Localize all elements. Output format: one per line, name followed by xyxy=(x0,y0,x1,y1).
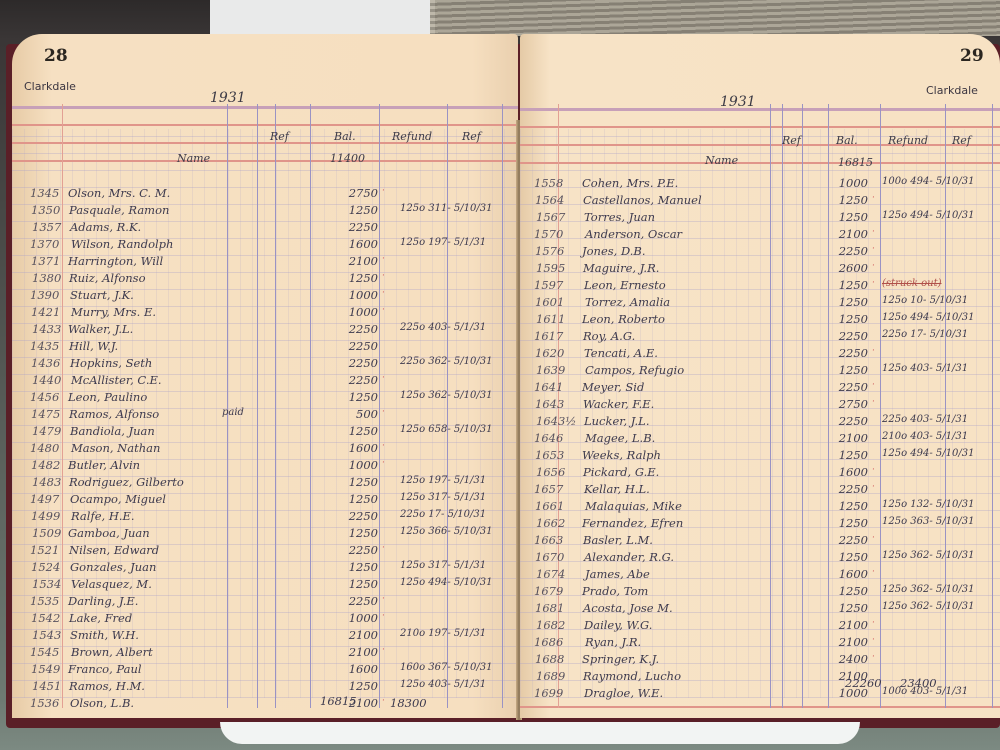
account-number: 1620 xyxy=(535,346,564,360)
check-mark: · xyxy=(872,397,875,407)
account-number: 1499 xyxy=(31,509,60,523)
customer-name: Fernandez, Efren xyxy=(582,516,683,530)
refund-entry: 125o 362- 5/10/31 xyxy=(400,390,492,401)
refund-entry: 100o 494- 5/10/31 xyxy=(882,176,974,187)
ledger-row: 1371Harrington, Will2100· xyxy=(12,254,518,271)
balance-amount: 2100 xyxy=(820,618,868,632)
ledger-row: 1597Leon, Ernesto1250·(struck out) xyxy=(520,278,1000,295)
balance-amount: 2750 xyxy=(820,397,868,411)
account-number: 1536 xyxy=(30,696,59,710)
account-number: 1436 xyxy=(31,356,60,370)
ledger-row: 1674James, Abe1600· xyxy=(520,567,1000,584)
check-mark: · xyxy=(872,278,875,288)
column-header-ref: Ref xyxy=(270,130,289,143)
check-mark: · xyxy=(872,261,875,271)
account-number: 1524 xyxy=(31,560,60,574)
account-number: 1656 xyxy=(536,465,565,479)
customer-name: Castellanos, Manuel xyxy=(583,193,702,207)
ledger-page-left: 28 Clarkdale 1931 Ref Bal. Refund Ref Na… xyxy=(12,34,518,718)
account-number: 1480 xyxy=(30,441,59,455)
column-header-refund: Refund xyxy=(888,134,928,147)
account-number: 1545 xyxy=(30,645,59,659)
page-number: 29 xyxy=(960,46,984,66)
refund-entry: 125o 197- 5/1/31 xyxy=(400,475,486,486)
account-number: 1679 xyxy=(534,584,563,598)
refund-entry: 225o 17- 5/10/31 xyxy=(400,509,486,520)
balance-amount: 1250 xyxy=(330,492,378,506)
ledger-row: 1370Wilson, Randolph1600125o 197- 5/1/31 xyxy=(12,237,518,254)
check-mark: · xyxy=(872,635,875,645)
account-number: 1611 xyxy=(536,312,565,326)
customer-name: Anderson, Oscar xyxy=(585,227,682,241)
account-number: 1456 xyxy=(30,390,59,404)
account-number: 1451 xyxy=(32,679,61,693)
balance-amount: 1250 xyxy=(820,550,868,564)
refund-entry: 125o 494- 5/10/31 xyxy=(882,312,974,323)
balance-amount: 2250 xyxy=(820,346,868,360)
balance-amount: 1600 xyxy=(330,237,378,251)
balance-amount: 1250 xyxy=(820,312,868,326)
balance-amount: 1250 xyxy=(820,499,868,513)
account-number: 1681 xyxy=(535,601,564,615)
ledger-row: 1345Olson, Mrs. C. M.2750· xyxy=(12,186,518,203)
account-number: 1662 xyxy=(536,516,565,530)
customer-name: Ruiz, Alfonso xyxy=(69,271,146,285)
ledger-row: 1536Olson, L.B.2100· xyxy=(12,696,518,713)
customer-name: Lucker, J.L. xyxy=(584,414,649,428)
entry-note: paid xyxy=(222,407,244,418)
account-number: 1483 xyxy=(32,475,61,489)
ledger-row: 1357Adams, R.K.2250 xyxy=(12,220,518,237)
ledger-row: 1662Fernandez, Efren1250125o 363- 5/10/3… xyxy=(520,516,1000,533)
balance-amount: 1250 xyxy=(820,584,868,598)
account-number: 1433 xyxy=(32,322,61,336)
customer-name: Franco, Paul xyxy=(68,662,142,676)
page-number: 28 xyxy=(44,46,68,66)
balance-amount: 2250 xyxy=(330,322,378,336)
year-label: 1931 xyxy=(210,90,246,106)
balance-amount: 1250 xyxy=(820,448,868,462)
ledger-row: 1641Meyer, Sid2250· xyxy=(520,380,1000,397)
customer-name: Dragloe, W.E. xyxy=(584,686,663,700)
balance-amount: 2100 xyxy=(330,645,378,659)
refund-entry: 125o 494- 5/10/31 xyxy=(882,448,974,459)
account-number: 1421 xyxy=(31,305,60,319)
customer-name: Ocampo, Miguel xyxy=(70,492,166,506)
refund-entry: 125o 132- 5/10/31 xyxy=(882,499,974,510)
customer-name: Walker, J.L. xyxy=(68,322,133,336)
column-header-ref: Ref xyxy=(952,134,971,147)
customer-name: Ralfe, H.E. xyxy=(71,509,135,523)
balance-amount: 1000 xyxy=(820,176,868,190)
balance-amount: 2250 xyxy=(820,533,868,547)
town-label: Clarkdale xyxy=(24,80,76,93)
balance-amount: 1250 xyxy=(330,475,378,489)
ledger-row: 1549Franco, Paul1600160o 367- 5/10/31 xyxy=(12,662,518,679)
ledger-row: 1567Torres, Juan1250125o 494- 5/10/31 xyxy=(520,210,1000,227)
ledger-row: 1639Campos, Refugio1250125o 403- 5/1/31 xyxy=(520,363,1000,380)
account-number: 1595 xyxy=(536,261,565,275)
balance-amount: 1250 xyxy=(330,526,378,540)
balance-amount: 500 xyxy=(330,407,378,421)
header-rule xyxy=(12,106,518,109)
header-rule xyxy=(520,108,1000,111)
customer-name: Prado, Tom xyxy=(582,584,648,598)
refund-entry: 125o 403- 5/1/31 xyxy=(882,363,968,374)
balance-amount: 1000 xyxy=(330,305,378,319)
balance-amount: 1250 xyxy=(820,516,868,530)
ledger-row: 1643Wacker, F.E.2750· xyxy=(520,397,1000,414)
customer-name: Mason, Nathan xyxy=(71,441,160,455)
ledger-row: 1595Maguire, J.R.2600· xyxy=(520,261,1000,278)
check-mark: · xyxy=(382,696,385,706)
customer-name: Gamboa, Juan xyxy=(68,526,150,540)
customer-name: Malaquias, Mike xyxy=(585,499,682,513)
account-number: 1390 xyxy=(30,288,59,302)
refund-entry: 125o 658- 5/10/31 xyxy=(400,424,492,435)
customer-name: Stuart, J.K. xyxy=(70,288,134,302)
balance-amount: 2750 xyxy=(330,186,378,200)
balance-amount: 1250 xyxy=(330,390,378,404)
ledger-row: 1542Lake, Fred1000· xyxy=(12,611,518,628)
customer-name: Basler, L.M. xyxy=(583,533,653,547)
check-mark: · xyxy=(872,533,875,543)
balance-amount: 2250 xyxy=(820,414,868,428)
account-number: 1597 xyxy=(534,278,563,292)
ledger-row: 1570Anderson, Oscar2100· xyxy=(520,227,1000,244)
column-header-balance: Bal. xyxy=(334,130,356,143)
refund-entry: 225o 403- 5/1/31 xyxy=(400,322,486,333)
customer-name: Olson, L.B. xyxy=(70,696,134,710)
ledger-row: 1433Walker, J.L.2250225o 403- 5/1/31 xyxy=(12,322,518,339)
check-mark: · xyxy=(382,373,385,383)
refund-entry: 225o 362- 5/10/31 xyxy=(400,356,492,367)
header-rule xyxy=(520,162,1000,164)
check-mark: · xyxy=(382,441,385,451)
check-mark: · xyxy=(382,186,385,196)
account-number: 1699 xyxy=(534,686,563,700)
customer-name: Ramos, Alfonso xyxy=(69,407,159,421)
customer-name: Roy, A.G. xyxy=(583,329,635,343)
check-mark: · xyxy=(382,645,385,655)
year-label: 1931 xyxy=(720,94,756,110)
ledger-row: 1543Smith, W.H.2100210o 197- 5/1/31 xyxy=(12,628,518,645)
account-number: 1542 xyxy=(31,611,60,625)
customer-name: Campos, Refugio xyxy=(585,363,684,377)
account-number: 1509 xyxy=(32,526,61,540)
customer-name: Pasquale, Ramon xyxy=(69,203,169,217)
total-refund: 18300 xyxy=(390,696,427,710)
customer-name: Leon, Paulino xyxy=(68,390,147,404)
ledger-row: 1497Ocampo, Miguel1250125o 317- 5/1/31 xyxy=(12,492,518,509)
ledger-row: 1435Hill, W.J.2250 xyxy=(12,339,518,356)
account-number: 1686 xyxy=(534,635,563,649)
account-number: 1567 xyxy=(536,210,565,224)
check-mark: · xyxy=(382,458,385,468)
customer-name: Torrez, Amalia xyxy=(585,295,670,309)
account-number: 1558 xyxy=(534,176,563,190)
check-mark: · xyxy=(872,380,875,390)
ledger-row: 1499Ralfe, H.E.2250225o 17- 5/10/31 xyxy=(12,509,518,526)
customer-name: Wacker, F.E. xyxy=(583,397,654,411)
balance-amount: 2250 xyxy=(330,543,378,557)
account-number: 1440 xyxy=(32,373,61,387)
customer-name: McAllister, C.E. xyxy=(71,373,162,387)
account-number: 1639 xyxy=(536,363,565,377)
account-number: 1682 xyxy=(536,618,565,632)
ledger-row: 1421Murry, Mrs. E.1000· xyxy=(12,305,518,322)
refund-entry: 210o 197- 5/1/31 xyxy=(400,628,486,639)
customer-name: Ryan, J.R. xyxy=(585,635,641,649)
balance-amount: 1250 xyxy=(820,601,868,615)
balance-amount: 2100 xyxy=(330,628,378,642)
balance-amount: 2100 xyxy=(820,227,868,241)
total-balance: 16815 xyxy=(320,694,357,708)
ledger-row: 1479Bandiola, Juan1250125o 658- 5/10/31 xyxy=(12,424,518,441)
customer-name: Nilsen, Edward xyxy=(69,543,159,557)
ledger-row: 1576Jones, D.B.2250· xyxy=(520,244,1000,261)
check-mark: · xyxy=(872,346,875,356)
ledger-row: 1679Prado, Tom1250125o 362- 5/10/31 xyxy=(520,584,1000,601)
customer-name: Weeks, Ralph xyxy=(582,448,661,462)
customer-name: Tencati, A.E. xyxy=(584,346,658,360)
header-rule xyxy=(520,126,1000,128)
ledger-row: 1670Alexander, R.G.1250125o 362- 5/10/31 xyxy=(520,550,1000,567)
balance-amount: 1250 xyxy=(820,210,868,224)
account-number: 1543 xyxy=(32,628,61,642)
ledger-row: 1475Ramos, Alfonsopaid500· xyxy=(12,407,518,424)
customer-name: Wilson, Randolph xyxy=(71,237,173,251)
account-number: 1521 xyxy=(30,543,59,557)
customer-name: Hill, W.J. xyxy=(69,339,118,353)
ledger-row: 1545Brown, Albert2100· xyxy=(12,645,518,662)
balance-amount: 1250 xyxy=(330,424,378,438)
customer-name: Smith, W.H. xyxy=(70,628,139,642)
refund-entry: 125o 317- 5/1/31 xyxy=(400,560,486,571)
ledger-row: 1681Acosta, Jose M.1250125o 362- 5/10/31 xyxy=(520,601,1000,618)
ledger-row: 1643½Lucker, J.L.2250225o 403- 5/1/31 xyxy=(520,414,1000,431)
ledger-row: 1509Gamboa, Juan1250125o 366- 5/10/31 xyxy=(12,526,518,543)
column-header-name: Name xyxy=(705,154,738,167)
balance-amount: 1250 xyxy=(330,577,378,591)
refund-entry: (struck out) xyxy=(882,278,942,289)
town-label: Clarkdale xyxy=(926,84,978,97)
balance-amount: 2100 xyxy=(330,254,378,268)
balance-amount: 2250 xyxy=(330,373,378,387)
balance-amount: 2250 xyxy=(820,380,868,394)
refund-entry: 225o 17- 5/10/31 xyxy=(882,329,968,340)
balance-amount: 2250 xyxy=(330,220,378,234)
refund-entry: 125o 403- 5/1/31 xyxy=(400,679,486,690)
ledger-row: 1601Torrez, Amalia1250125o 10- 5/10/31 xyxy=(520,295,1000,312)
balance-amount: 1600 xyxy=(820,567,868,581)
account-number: 1549 xyxy=(31,662,60,676)
account-number: 1435 xyxy=(30,339,59,353)
ledger-row: 1483Rodriguez, Gilberto1250125o 197- 5/1… xyxy=(12,475,518,492)
account-number: 1663 xyxy=(534,533,563,547)
balance-amount: 2250 xyxy=(820,244,868,258)
refund-entry: 125o 494- 5/10/31 xyxy=(400,577,492,588)
balance-amount: 2250 xyxy=(330,356,378,370)
customer-name: Kellar, H.L. xyxy=(584,482,650,496)
customer-name: Maguire, J.R. xyxy=(583,261,659,275)
header-rule xyxy=(12,142,518,144)
column-header-balance: Bal. xyxy=(836,134,858,147)
account-number: 1345 xyxy=(30,186,59,200)
check-mark: · xyxy=(872,227,875,237)
balance-amount: 1000 xyxy=(330,458,378,472)
customer-name: Adams, R.K. xyxy=(70,220,141,234)
ledger-row: 1480Mason, Nathan1600· xyxy=(12,441,518,458)
customer-name: Pickard, G.E. xyxy=(583,465,659,479)
check-mark: · xyxy=(382,288,385,298)
account-number: 1688 xyxy=(535,652,564,666)
check-mark: · xyxy=(872,193,875,203)
ledger-row: 1451Ramos, H.M.1250125o 403- 5/1/31 xyxy=(12,679,518,696)
ledger-row: 1436Hopkins, Seth2250225o 362- 5/10/31 xyxy=(12,356,518,373)
ledger-row: 1564Castellanos, Manuel1250· xyxy=(520,193,1000,210)
refund-entry: 125o 10- 5/10/31 xyxy=(882,295,968,306)
account-number: 1370 xyxy=(30,237,59,251)
balance-amount: 1250 xyxy=(330,203,378,217)
ledger-row: 1688Springer, K.J.2400· xyxy=(520,652,1000,669)
check-mark: · xyxy=(382,407,385,417)
account-number: 1371 xyxy=(31,254,60,268)
account-number: 1653 xyxy=(535,448,564,462)
check-mark: · xyxy=(872,482,875,492)
account-number: 1641 xyxy=(534,380,563,394)
check-mark: · xyxy=(872,244,875,254)
ledger-row: 1661Malaquias, Mike1250125o 132- 5/10/31 xyxy=(520,499,1000,516)
header-rule xyxy=(12,124,518,126)
refund-entry: 125o 366- 5/10/31 xyxy=(400,526,492,537)
refund-entry: 125o 317- 5/1/31 xyxy=(400,492,486,503)
refund-entry: 125o 494- 5/10/31 xyxy=(882,210,974,221)
customer-name: Leon, Roberto xyxy=(582,312,665,326)
balance-amount: 1600 xyxy=(820,465,868,479)
balance-amount: 2400 xyxy=(820,652,868,666)
account-number: 1643 xyxy=(535,397,564,411)
customer-name: James, Abe xyxy=(585,567,650,581)
account-number: 1497 xyxy=(30,492,59,506)
ledger-row: 1482Butler, Alvin1000· xyxy=(12,458,518,475)
check-mark: · xyxy=(872,618,875,628)
check-mark: · xyxy=(382,271,385,281)
ledger-row: 1617Roy, A.G.2250225o 17- 5/10/31 xyxy=(520,329,1000,346)
account-number: 1576 xyxy=(535,244,564,258)
background-paper-stack xyxy=(430,0,1000,36)
account-number: 1643½ xyxy=(536,414,576,428)
customer-name: Darling, J.E. xyxy=(68,594,138,608)
ledger-row: 1663Basler, L.M.2250· xyxy=(520,533,1000,550)
balance-amount: 1000 xyxy=(330,611,378,625)
account-number: 1646 xyxy=(534,431,563,445)
balance-amount: 1250 xyxy=(820,278,868,292)
customer-name: Gonzales, Juan xyxy=(70,560,156,574)
account-number: 1670 xyxy=(535,550,564,564)
opening-balance: 16815 xyxy=(838,156,873,169)
total-refund: 23400 xyxy=(900,676,937,690)
check-mark: · xyxy=(872,465,875,475)
check-mark: · xyxy=(872,567,875,577)
balance-amount: 1600 xyxy=(330,662,378,676)
header-rule xyxy=(12,160,518,162)
ledger-row: 1653Weeks, Ralph1250125o 494- 5/10/31 xyxy=(520,448,1000,465)
refund-entry: 210o 403- 5/1/31 xyxy=(882,431,968,442)
ledger-row: 1440McAllister, C.E.2250· xyxy=(12,373,518,390)
customer-name: Lake, Fred xyxy=(69,611,132,625)
column-header-ref: Ref xyxy=(462,130,481,143)
ledger-row: 1456Leon, Paulino1250125o 362- 5/10/31 xyxy=(12,390,518,407)
account-number: 1534 xyxy=(32,577,61,591)
column-header-refund: Refund xyxy=(392,130,432,143)
balance-amount: 1250 xyxy=(820,363,868,377)
refund-entry: 125o 197- 5/1/31 xyxy=(400,237,486,248)
check-mark: · xyxy=(382,611,385,621)
ledger-row: 1390Stuart, J.K.1000· xyxy=(12,288,518,305)
total-balance: 22260 xyxy=(845,676,882,690)
balance-amount: 2600 xyxy=(820,261,868,275)
book-stand xyxy=(220,722,860,744)
check-mark: · xyxy=(382,305,385,315)
account-number: 1689 xyxy=(536,669,565,683)
customer-name: Dailey, W.G. xyxy=(584,618,652,632)
customer-name: Cohen, Mrs. P.E. xyxy=(582,176,678,190)
balance-amount: 2100 xyxy=(820,635,868,649)
check-mark: · xyxy=(382,543,385,553)
customer-name: Raymond, Lucho xyxy=(583,669,681,683)
balance-amount: 2250 xyxy=(330,594,378,608)
account-number: 1657 xyxy=(534,482,563,496)
balance-amount: 1250 xyxy=(820,295,868,309)
ledger-row: 1656Pickard, G.E.1600· xyxy=(520,465,1000,482)
check-mark: · xyxy=(872,652,875,662)
ledger-row: 1646Magee, L.B.2100210o 403- 5/1/31 xyxy=(520,431,1000,448)
balance-amount: 2250 xyxy=(330,509,378,523)
ledger-page-right: 29 Clarkdale 1931 Ref Bal. Refund Ref Na… xyxy=(520,34,1000,718)
account-number: 1617 xyxy=(534,329,563,343)
refund-entry: 125o 363- 5/10/31 xyxy=(882,516,974,527)
account-number: 1535 xyxy=(30,594,59,608)
balance-amount: 2250 xyxy=(820,329,868,343)
ledger-row: 1535Darling, J.E.2250· xyxy=(12,594,518,611)
column-header-name: Name xyxy=(177,152,210,165)
account-number: 1357 xyxy=(32,220,61,234)
ledger-row: 1686Ryan, J.R.2100· xyxy=(520,635,1000,652)
customer-name: Olson, Mrs. C. M. xyxy=(68,186,170,200)
ledger-row: 1534Velasquez, M.1250125o 494- 5/10/31 xyxy=(12,577,518,594)
check-mark: · xyxy=(382,594,385,604)
footer-rule xyxy=(520,706,1000,708)
customer-name: Alexander, R.G. xyxy=(584,550,674,564)
account-number: 1479 xyxy=(32,424,61,438)
account-number: 1674 xyxy=(536,567,565,581)
refund-entry: 125o 362- 5/10/31 xyxy=(882,584,974,595)
account-number: 1482 xyxy=(31,458,60,472)
account-number: 1570 xyxy=(534,227,563,241)
opening-balance: 11400 xyxy=(330,152,365,165)
customer-name: Hopkins, Seth xyxy=(70,356,152,370)
customer-name: Murry, Mrs. E. xyxy=(71,305,156,319)
customer-name: Magee, L.B. xyxy=(585,431,655,445)
customer-name: Leon, Ernesto xyxy=(584,278,666,292)
ledger-row: 1682Dailey, W.G.2100· xyxy=(520,618,1000,635)
account-number: 1475 xyxy=(31,407,60,421)
balance-amount: 2250 xyxy=(820,482,868,496)
customer-name: Meyer, Sid xyxy=(582,380,644,394)
balance-amount: 1600 xyxy=(330,441,378,455)
column-header-ref: Ref xyxy=(782,134,801,147)
